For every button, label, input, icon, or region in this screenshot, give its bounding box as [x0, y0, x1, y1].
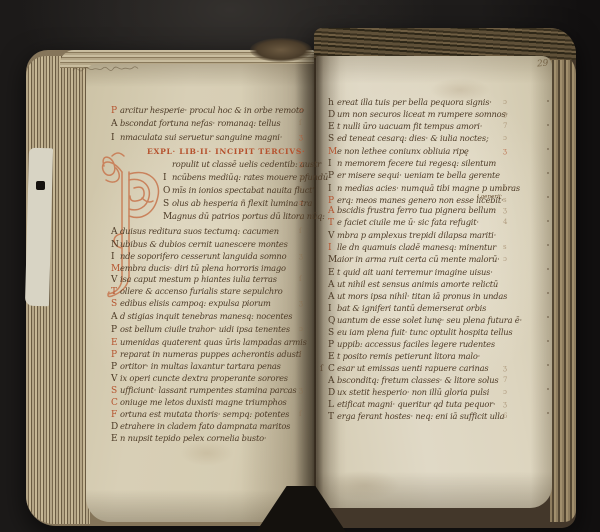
verse-line-right: Maior in arma ruit certa cū mente malorū…: [328, 255, 500, 265]
verse-line-left: Solus ab hesperia ñ flexit lumina tra: [163, 199, 312, 209]
verse-line-right: Aut nihil est sensus animis amorte relic…: [328, 280, 498, 290]
verse-text: ost bellum ciuile trahor· uidi ipsa tene…: [120, 324, 290, 334]
pricking-hole: [547, 172, 549, 174]
verse-text: n memorem fecere tui regesq: silentum: [337, 158, 496, 168]
verse-text: t quid ait uani terremur imagine uisus·: [337, 267, 493, 277]
verse-initial: Q: [328, 317, 337, 326]
verse-text: ncūbens mediūq: rates mouere pfundū: [172, 172, 328, 182]
margin-showthrough-mark: ʒ: [503, 110, 507, 118]
verse-initial: A: [328, 293, 337, 302]
verse-initial: P: [328, 172, 337, 181]
verse-line-left: Membra ducis· diri tū plena horroris ima…: [111, 264, 286, 274]
verse-initial: M: [111, 265, 120, 274]
verse-line-right: Terga ferant hostes· neq: eni iā suffici…: [328, 412, 504, 422]
verse-line-left: Sedibus elisis campoq: expulsa piorum: [111, 299, 271, 309]
margin-showthrough-mark: ɔ: [503, 388, 507, 396]
verse-text: eu iam plena fuit· tunc optulit hospita …: [337, 327, 512, 337]
verse-line-left: Omīs in ionios spectabat nauita fluct': [163, 186, 314, 196]
margin-showthrough-mark: s: [503, 196, 507, 204]
verse-initial: T: [111, 288, 120, 297]
verse-initial: P: [111, 351, 120, 360]
verse-line-right: In memorem fecere tui regesq: silentum: [328, 159, 496, 169]
pricking-hole: [547, 364, 549, 366]
verse-text: um non securos liceat m rumpere somnos·: [337, 109, 508, 119]
verse-text: ufficiunt· lassant rumpentes stamina par…: [120, 385, 296, 395]
verse-text: ortitor· in multas laxantur tartara pena…: [120, 361, 281, 371]
pricking-hole: [547, 148, 549, 150]
line-end-flourish: ʒ: [299, 252, 303, 260]
verse-text: oniuge me letos duxisti magne triumphos: [120, 397, 287, 407]
verse-line-left: Fortuna est mutata thoris· sempq: potent…: [111, 410, 289, 420]
verse-initial: O: [163, 187, 172, 196]
verse-initial: I: [328, 244, 337, 253]
verse-text: erga ferant hostes· neq: eni iā sufficit…: [337, 411, 504, 421]
verse-text: embra ducis· diri tū plena horroris imag…: [120, 263, 286, 273]
verse-text: bsconditq: fretum classes· & litore solu…: [337, 375, 498, 385]
verse-text: etificat magni· queritur qd tuta pequor·: [337, 399, 495, 409]
line-end-flourish: ſ: [299, 186, 302, 194]
verse-text: uppib: accessus faciles legere rudentes: [337, 339, 495, 349]
pricking-hole: [547, 388, 549, 390]
verse-text: nde soporifero cesserunt languida somno: [120, 251, 286, 261]
verse-text: esar ut emissas uenti rapuere carinas: [337, 363, 488, 373]
verse-line-right: Letificat magni· queritur qd tuta pequor…: [328, 400, 495, 410]
verse-line-left: Sufficiunt· lassant rumpentes stamina pa…: [111, 386, 296, 396]
verse-line-left: Inmaculata sui seruetur sanguine magni·: [111, 133, 282, 143]
verse-line-left: Portitor· in multas laxantur tartara pen…: [111, 362, 281, 372]
margin-showthrough-mark: ʒ: [503, 147, 507, 155]
pricking-hole: [547, 340, 549, 342]
line-end-flourish: ʒ: [299, 160, 303, 168]
verse-line-left: Abscondat fortuna nefas· romanaq: tellus: [111, 119, 280, 129]
verse-initial: E: [111, 339, 120, 348]
verse-line-left: Parcitur hesperie· procul hoc & in orbe …: [111, 106, 304, 116]
verse-initial: V: [328, 232, 337, 241]
verse-line-left: Aduisus reditura suos tectumq: cacumen: [111, 227, 279, 237]
pricking-hole: [547, 244, 549, 246]
verse-text: t posito remis petierunt litora malo·: [337, 351, 480, 361]
verse-initial: P: [111, 363, 120, 372]
verse-initial: N: [111, 241, 120, 250]
manuscript-text-layer: EXPL· LIB·II· INCIPIT TERCIVS· 29 ł gene…: [0, 0, 600, 532]
verse-line-right: Me non lethee coniunx obliuia ripę: [328, 147, 469, 157]
margin-showthrough-mark: 6: [503, 412, 507, 420]
verse-text: bscondat fortuna nefas· romanaq: tellus: [120, 118, 280, 128]
verse-initial: D: [111, 423, 120, 432]
verse-initial: A: [328, 207, 337, 216]
verse-initial: S: [328, 135, 337, 144]
verse-line-left: Vix operi cuncte dextra properante soror…: [111, 374, 288, 384]
pricking-hole: [547, 316, 549, 318]
verse-line-left: Nubibus & dubios cernit uanescere montes: [111, 240, 288, 250]
verse-line-left: Inde soporifero cesserunt languida somno: [111, 252, 286, 262]
verse-line-right: Seu iam plena fuit· tunc optulit hospita…: [328, 328, 512, 338]
verse-line-left: Visa caput mestum p hiantes iulia terras: [111, 275, 277, 285]
verse-initial: E: [328, 353, 337, 362]
verse-initial: S: [328, 329, 337, 338]
verse-text: reparat in numeras puppes acherontis adu…: [120, 349, 301, 359]
verse-line-right: Ibat & igniferi tantū demerserat orbis: [328, 304, 486, 314]
verse-line-right: Sed teneat cesarq: dies· & iulia noctes;: [328, 134, 489, 144]
verse-text: umenidas quaterent quas ūris lampadas ar…: [120, 337, 307, 347]
margin-showthrough-mark: ɔ: [503, 98, 507, 106]
verse-line-left: Eumenidas quaterent quas ūris lampadas a…: [111, 338, 307, 348]
verse-line-left: Coniuge me letos duxisti magne triumphos: [111, 398, 287, 408]
pricking-hole: [547, 292, 549, 294]
paragraph-mark: ſ: [320, 364, 323, 373]
verse-text: ed teneat cesarq: dies· & iulia noctes;: [337, 133, 489, 143]
margin-showthrough-mark: ɔ: [503, 134, 507, 142]
verse-line-left: Preparat in numeras puppes acherontis ad…: [111, 350, 301, 360]
verse-text: arcitur hesperie· procul hoc & in orbe r…: [120, 105, 304, 115]
verse-text: isa caput mestum p hiantes iulia terras: [120, 274, 277, 284]
verse-line-right: Et posito remis petierunt litora malo·: [328, 352, 480, 362]
line-end-flourish: ɔ: [299, 199, 303, 207]
verse-text: olus ab hesperia ñ flexit lumina tra: [172, 198, 312, 208]
verse-initial: S: [163, 200, 172, 209]
verse-line-left: Detrahere in cladem fato dampnata marito…: [111, 422, 290, 432]
verse-initial: I: [111, 253, 120, 262]
verse-line-right: Puppib: accessus faciles legere rudentes: [328, 340, 495, 350]
line-end-flourish: ſ: [299, 275, 302, 283]
verse-text: e faciet ciuile me ū· sic fata refugit·: [337, 217, 479, 227]
verse-initial: A: [111, 228, 120, 237]
margin-showthrough-mark: ſ: [503, 184, 506, 192]
verse-initial: V: [111, 375, 120, 384]
verse-text: aior in arma ruit certa cū mente malorū·: [337, 254, 500, 264]
line-end-flourish: ʒ: [299, 133, 303, 141]
verse-text: bscidis frustra ferro tua pignera bellum: [337, 205, 496, 215]
margin-showthrough-mark: ɔ: [503, 255, 507, 263]
line-end-flourish: ʒ: [299, 299, 303, 307]
verse-text: ubibus & dubios cernit uanescere montes: [120, 239, 288, 249]
verse-initial: P: [111, 326, 120, 335]
line-end-flourish: ſ: [299, 119, 302, 127]
verse-initial: C: [111, 399, 120, 408]
verse-initial: E: [328, 269, 337, 278]
verse-initial: T: [328, 219, 337, 228]
line-end-flourish: ʒ: [299, 386, 303, 394]
verse-initial: S: [111, 300, 120, 309]
verse-initial: A: [111, 313, 120, 322]
pricking-hole: [547, 412, 549, 414]
line-end-flourish: ʒ: [299, 212, 303, 220]
verse-initial: P: [328, 341, 337, 350]
verse-text: nmaculata sui seruetur sanguine magni·: [120, 132, 282, 142]
line-end-flourish: ɔ: [299, 106, 303, 114]
margin-showthrough-mark: 4: [503, 218, 507, 226]
verse-line-left: ropulit ut classē uelis cedentib: austr: [163, 160, 321, 168]
line-end-flourish: ſ: [299, 350, 302, 358]
folio-number: 29: [537, 59, 549, 70]
verse-initial: P: [111, 107, 120, 116]
verse-text: er misere sequi· ueniam te bella gerente: [337, 170, 500, 180]
line-end-flourish: ſ: [299, 227, 302, 235]
verse-line-right: Aut mors ipsa nihil· titan iā pronus in …: [328, 292, 507, 302]
verse-text: ut mors ipsa nihil· titan iā pronus in u…: [337, 291, 507, 301]
verse-text: bat & igniferi tantū demerserat orbis: [337, 303, 486, 313]
verse-text: ix operi cuncte dextra properante sorore…: [120, 373, 288, 383]
verse-initial: M: [163, 213, 172, 222]
verse-line-left: Incūbens mediūq: rates mouere pfundū: [163, 173, 328, 183]
verse-text: duisus reditura suos tectumq: cacumen: [120, 226, 279, 236]
verse-initial: h: [328, 99, 337, 108]
verse-text: d stigias inquit tenebras manesq: nocent…: [120, 311, 292, 321]
verse-text: ut nihil est sensus animis amorte relict…: [337, 279, 498, 289]
verse-text: lle dn quamuis cladē manesq: minentur: [337, 242, 496, 252]
verse-initial: D: [328, 111, 337, 120]
verse-text: erq: meos manes genero non esse licebit·: [337, 195, 503, 205]
verse-text: mbra p amplexus trepidi dilapsa mariti·: [337, 230, 496, 240]
verse-initial: I: [163, 174, 172, 183]
verse-initial: M: [328, 256, 337, 265]
verse-initial: I: [328, 305, 337, 314]
verse-text: ollere & accenso furialis stare sepulchr…: [120, 286, 283, 296]
explicit-incipit-rubric: EXPL· LIB·II· INCIPIT TERCIVS·: [147, 147, 305, 156]
verse-line-left: Post bellum ciuile trahor· uidi ipsa ten…: [111, 325, 290, 335]
margin-showthrough-mark: 7: [503, 122, 507, 130]
verse-line-right: Per misere sequi· ueniam te bella gerent…: [328, 171, 500, 181]
verse-text: e non lethee coniunx obliuia ripę: [337, 146, 469, 156]
verse-initial: P: [328, 197, 337, 206]
verse-initial: I: [111, 134, 120, 143]
verse-line-left: En nupsit tepido pelex cornelia busto·: [111, 434, 266, 444]
pricking-hole: [547, 100, 549, 102]
margin-showthrough-mark: 7: [503, 376, 507, 384]
verse-line-right: Cesar ut emissas uenti rapuere carinas: [328, 364, 488, 374]
pricking-hole: [547, 196, 549, 198]
pricking-hole: [547, 124, 549, 126]
verse-line-right: Vmbra p amplexus trepidi dilapsa mariti·: [328, 231, 496, 241]
verse-initial: A: [328, 377, 337, 386]
verse-initial: M: [328, 148, 337, 157]
verse-text: ux stetit hesperio· non illū gloria puls…: [337, 387, 489, 397]
verse-initial: S: [111, 387, 120, 396]
verse-initial: E: [328, 123, 337, 132]
verse-initial: C: [328, 365, 337, 374]
verse-initial: D: [328, 389, 337, 398]
verse-initial: A: [328, 281, 337, 290]
verse-line-right: Te faciet ciuile me ū· sic fata refugit·: [328, 218, 479, 228]
margin-showthrough-mark: s: [503, 243, 507, 251]
verse-line-right: In medias acies· numquā tibi magne p umb…: [328, 184, 520, 194]
verse-initial: I: [328, 160, 337, 169]
verse-text: n nupsit tepido pelex cornelia busto·: [120, 433, 266, 443]
verse-text: etrahere in cladem fato dampnata maritos: [120, 421, 290, 431]
verse-text: uantum de esse solet lunę· seu plena fut…: [337, 315, 522, 325]
faded-inscription: [72, 58, 144, 69]
manuscript-photo: EXPL· LIB·II· INCIPIT TERCIVS· 29 ł gene…: [0, 0, 600, 532]
verse-line-right: Dum non securos liceat m rumpere somnos·: [328, 110, 508, 120]
verse-text: t nulli ūro uacuam fit tempus amori·: [337, 121, 482, 131]
verse-text: edibus elisis campoq: expulsa piorum: [120, 298, 271, 308]
verse-line-right: Absconditq: fretum classes· & litore sol…: [328, 376, 498, 386]
verse-line-right: Ille dn quamuis cladē manesq: minentur: [328, 243, 496, 253]
verse-initial: V: [111, 276, 120, 285]
verse-line-right: Et quid ait uani terremur imagine uisus·: [328, 268, 493, 278]
verse-line-left: Tollere & accenso furialis stare sepulch…: [111, 287, 283, 297]
line-end-flourish: ɔ: [299, 325, 303, 333]
verse-line-right: Quantum de esse solet lunę· seu plena fu…: [328, 316, 522, 326]
verse-line-right: hereat illa tuis per bella pequora signi…: [328, 98, 492, 108]
verse-initial: A: [111, 120, 120, 129]
margin-showthrough-mark: ʒ: [503, 400, 507, 408]
line-end-flourish: ʒ: [299, 173, 303, 181]
verse-text: n medias acies· numquā tibi magne p umbr…: [337, 183, 520, 193]
line-end-flourish: ſ: [299, 410, 302, 418]
verse-initial: I: [328, 185, 337, 194]
verse-initial: E: [111, 435, 120, 444]
margin-showthrough-mark: ʒ: [503, 206, 507, 214]
verse-line-right: Abscidis frustra ferro tua pignera bellu…: [328, 206, 496, 216]
verse-line-right: Et nulli ūro uacuam fit tempus amori·: [328, 122, 482, 132]
pricking-hole: [547, 220, 549, 222]
verse-line-right: Dux stetit hesperio· non illū gloria pul…: [328, 388, 489, 398]
verse-initial: F: [111, 411, 120, 420]
verse-initial: T: [328, 413, 337, 422]
pricking-hole: [547, 268, 549, 270]
verse-initial: L: [328, 401, 337, 410]
verse-line-left: Ad stigias inquit tenebras manesq: nocen…: [111, 312, 292, 322]
verse-text: mīs in ionios spectabat nauita fluct': [172, 185, 314, 195]
verse-text: ereat illa tuis per bella pequora signis…: [337, 97, 492, 107]
verse-text: ortuna est mutata thoris· sempq: potente…: [120, 409, 289, 419]
margin-showthrough-mark: ʒ: [503, 364, 507, 372]
